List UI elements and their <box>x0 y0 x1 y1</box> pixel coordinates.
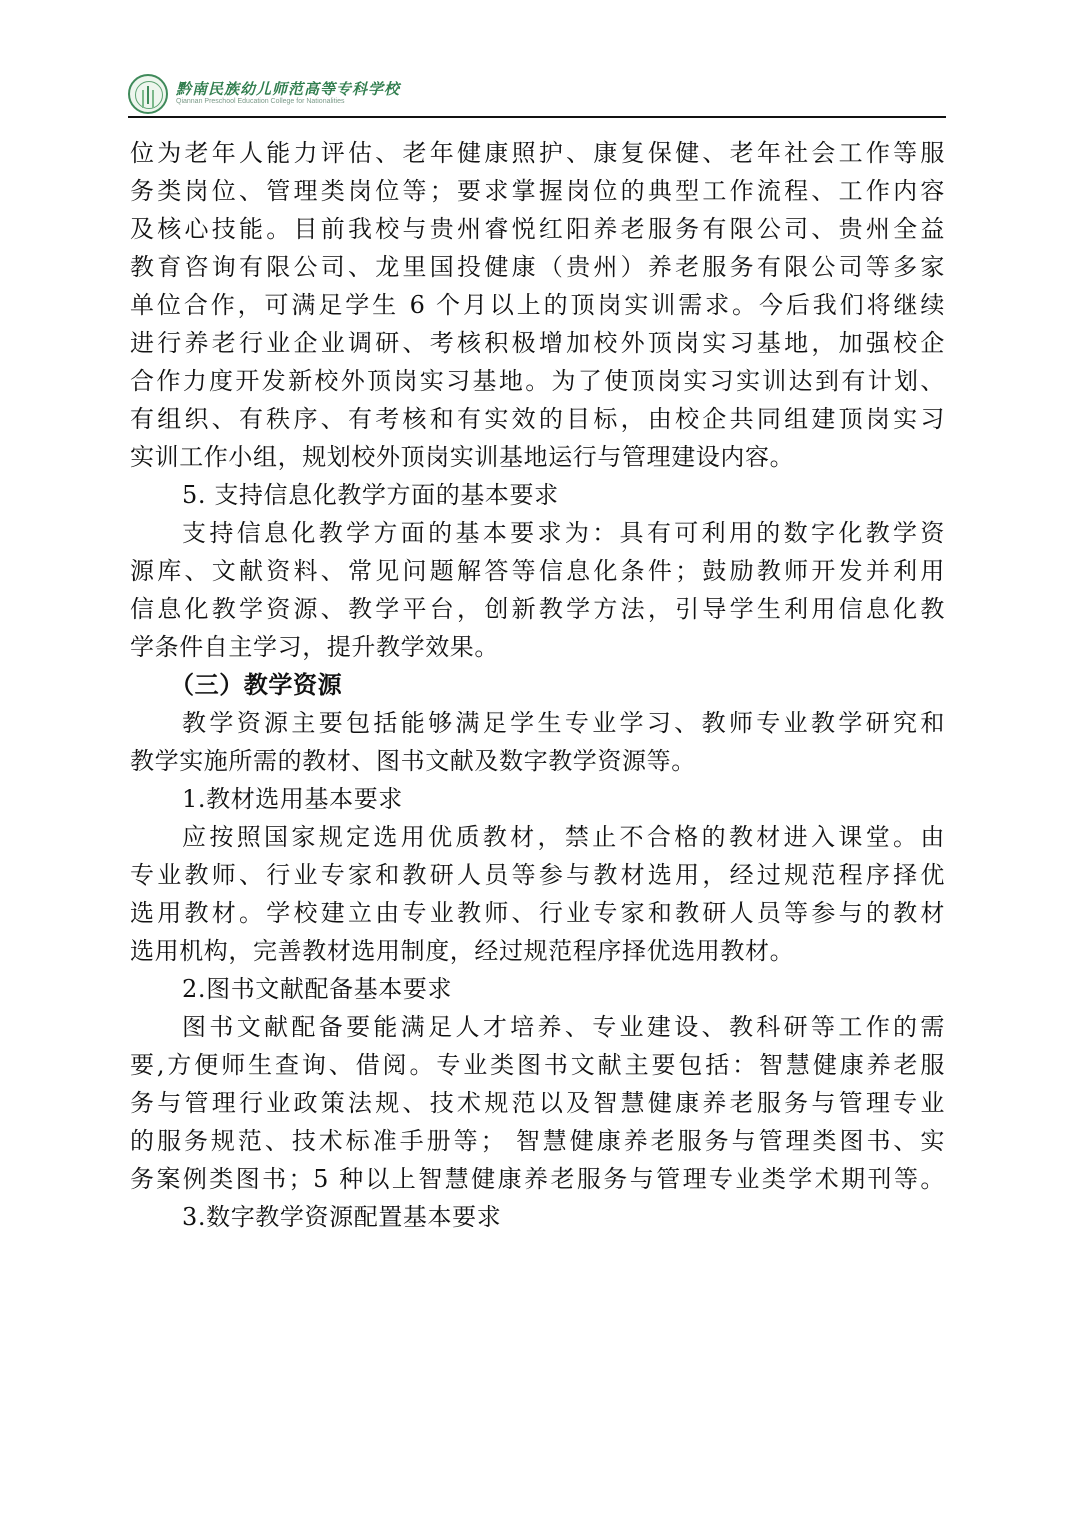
subheading-textbook-selection: 1.教材选用基本要求 <box>130 780 945 818</box>
text-line: 学条件自主学习，提升教学效果。 <box>130 628 945 666</box>
paragraph-textbook-selection: 应按照国家规定选用优质教材，禁止不合格的教材进入课堂。由 专业教师、行业专家和教… <box>130 818 945 970</box>
text-line: 单位合作，可满足学生 6 个月以上的顶岗实训需求。今后我们将继续 <box>130 286 945 324</box>
header-divider <box>128 116 946 118</box>
text-line: 务与管理行业政策法规、技术规范以及智慧健康养老服务与管理专业 <box>130 1084 945 1122</box>
subheading-digital-resources: 3.数字教学资源配置基本要求 <box>130 1198 945 1236</box>
text-line: 图书文献配备要能满足人才培养、专业建设、教科研等工作的需 <box>130 1008 945 1046</box>
text-line: 选用教材。学校建立由专业教师、行业专家和教研人员等参与的教材 <box>130 894 945 932</box>
text-line: 进行养老行业企业调研、考核积极增加校外顶岗实习基地，加强校企 <box>130 324 945 362</box>
text-line: 教育咨询有限公司、龙里国投健康（贵州）养老服务有限公司等多家 <box>130 248 945 286</box>
text-line: 支持信息化教学方面的基本要求为：具有可利用的数字化教学资 <box>130 514 945 552</box>
text-line: 信息化教学资源、教学平台，创新教学方法，引导学生利用信息化教 <box>130 590 945 628</box>
school-name-en: Qiannan Preschool Education College for … <box>176 98 345 105</box>
text-line: 务类岗位、管理类岗位等；要求掌握岗位的典型工作流程、工作内容 <box>130 172 945 210</box>
school-emblem-icon <box>128 74 168 114</box>
subheading-it-teaching: 5. 支持信息化教学方面的基本要求 <box>130 476 945 514</box>
text-line: 的服务规范、技术标准手册等； 智慧健康养老服务与管理类图书、实 <box>130 1122 945 1160</box>
text-line: 务案例类图书；5 种以上智慧健康养老服务与管理专业类学术期刊等。 <box>130 1160 945 1198</box>
text-line: 源库、文献资料、常见问题解答等信息化条件；鼓励教师开发并利用 <box>130 552 945 590</box>
text-line: 应按照国家规定选用优质教材，禁止不合格的教材进入课堂。由 <box>130 818 945 856</box>
text-line: 有组织、有秩序、有考核和有实效的目标，由校企共同组建顶岗实习 <box>130 400 945 438</box>
text-line: 教学实施所需的教材、图书文献及数字教学资源等。 <box>130 742 945 780</box>
paragraph-internship: 位为老年人能力评估、老年健康照护、康复保健、老年社会工作等服 务类岗位、管理类岗… <box>130 134 945 476</box>
page-header: 黔南民族幼儿师范高等专科学校 Qiannan Preschool Educati… <box>128 72 946 116</box>
text-line: 合作力度开发新校外顶岗实习基地。为了使顶岗实习实训达到有计划、 <box>130 362 945 400</box>
text-line: 要,方便师生查询、借阅。专业类图书文献主要包括：智慧健康养老服 <box>130 1046 945 1084</box>
document-body: 位为老年人能力评估、老年健康照护、康复保健、老年社会工作等服 务类岗位、管理类岗… <box>130 134 945 1236</box>
paragraph-it-teaching: 支持信息化教学方面的基本要求为：具有可利用的数字化教学资 源库、文献资料、常见问… <box>130 514 945 666</box>
text-line: 及核心技能。目前我校与贵州睿悦红阳养老服务有限公司、贵州全益 <box>130 210 945 248</box>
text-line: 教学资源主要包括能够满足学生专业学习、教师专业教学研究和 <box>130 704 945 742</box>
school-name-cn: 黔南民族幼儿师范高等专科学校 <box>176 78 400 99</box>
text-line: 选用机构，完善教材选用制度，经过规范程序择优选用教材。 <box>130 932 945 970</box>
text-line: 专业教师、行业专家和教研人员等参与教材选用，经过规范程序择优 <box>130 856 945 894</box>
subheading-library-resources: 2.图书文献配备基本要求 <box>130 970 945 1008</box>
paragraph-teaching-resources: 教学资源主要包括能够满足学生专业学习、教师专业教学研究和 教学实施所需的教材、图… <box>130 704 945 780</box>
text-line: 实训工作小组，规划校外顶岗实训基地运行与管理建设内容。 <box>130 438 945 476</box>
text-line: 位为老年人能力评估、老年健康照护、康复保健、老年社会工作等服 <box>130 134 945 172</box>
section-heading-teaching-resources: （三）教学资源 <box>130 666 945 704</box>
paragraph-library-resources: 图书文献配备要能满足人才培养、专业建设、教科研等工作的需 要,方便师生查询、借阅… <box>130 1008 945 1198</box>
